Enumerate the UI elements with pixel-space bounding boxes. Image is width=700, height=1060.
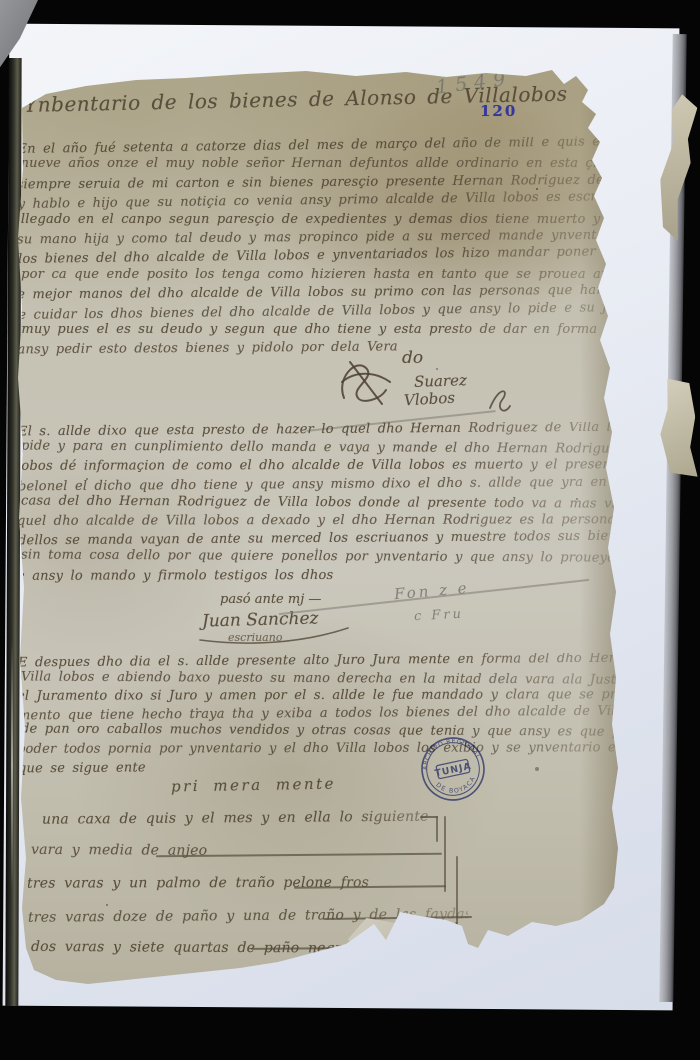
signature-mark: do xyxy=(402,348,423,368)
ink-rubric-flourish xyxy=(334,352,406,408)
pencil-annotation-2: c Fru xyxy=(414,607,465,625)
inventory-line: tres varas y un palmo de traño pelone fr… xyxy=(27,874,467,908)
manuscript-line: casa del dho Hernan Rodriguez de Villa l… xyxy=(21,493,619,514)
manuscript-line: sin toma cosa dello por que quiere ponel… xyxy=(21,548,619,569)
stamp-center-text: TUNJA xyxy=(434,761,473,780)
signature-name-suarez: Suarez xyxy=(414,371,467,391)
archive-stamp: ARCHIVO REGIONAL DE BOYACA TUNJA xyxy=(414,730,492,808)
document-scan: Ynbentario de los bienes de Alonso de Vi… xyxy=(0,0,700,1060)
inventory-line: una caxa de quis y el mes y en ella lo s… xyxy=(42,808,468,844)
inventory-line: vara y media de anjeo xyxy=(31,841,471,876)
manuscript-line: nueve años onze el muy noble señor Herna… xyxy=(21,156,615,174)
manuscript-page: Ynbentario de los bienes de Alonso de Vi… xyxy=(16,68,622,992)
heading-primeramente: pri mera mente xyxy=(171,775,336,796)
paragraph-oath: E despues dho dia el s. allde presente a… xyxy=(18,653,618,776)
folio-number-stamp: 120 xyxy=(480,102,517,120)
manuscript-title: Ynbentario de los bienes de Alonso de Vi… xyxy=(24,83,494,117)
ink-underline-flourish xyxy=(196,614,356,648)
gutter-highlight xyxy=(11,640,13,890)
signature-name-vlobos: Vlobos xyxy=(404,389,456,410)
inventory-bracket xyxy=(444,816,446,892)
paragraph-order: El s. allde dixo que esta presto de haze… xyxy=(18,422,616,586)
manuscript-line: e ansy lo mando y firmolo testigos los d… xyxy=(17,567,615,587)
manuscript-line: llegado en el canpo segun paresçio de ex… xyxy=(21,212,615,230)
inventory-bracket xyxy=(436,816,438,842)
paragraph-opening: En el año fué setenta a catorze dias del… xyxy=(17,136,612,360)
paso-ante-mi-text: pasó ante mj — xyxy=(220,592,321,607)
manuscript-line: de pan oro caballos muchos vendidos y ot… xyxy=(21,722,621,743)
